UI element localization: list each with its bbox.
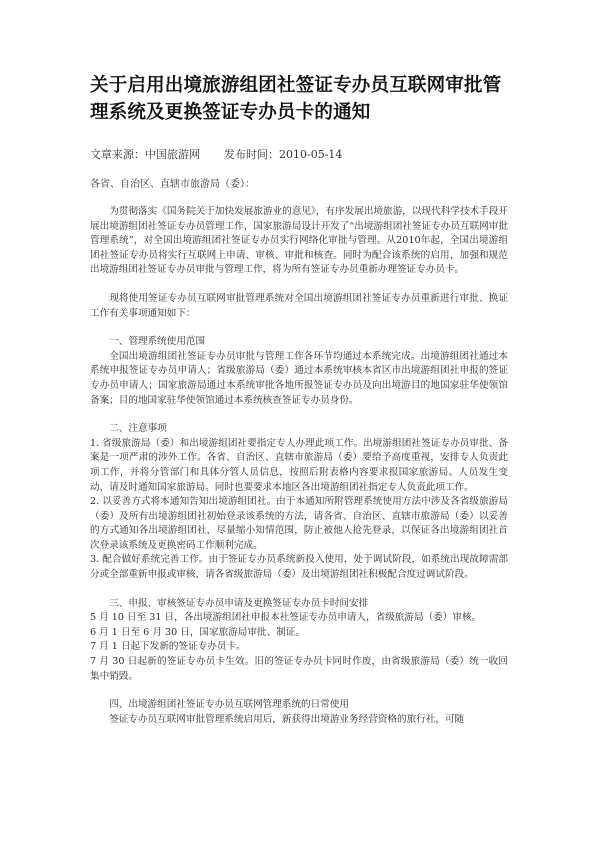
document-title: 关于启用出境旅游组团社签证专办员互联网审批管理系统及更换签证专办员卡的通知 (90, 72, 510, 126)
section-heading: 一、管理系统使用范围 (90, 335, 508, 350)
section-paragraph: 5 月 10 日至 31 日，各出境游组团社申报本社签证专办员申请人，省级旅游局… (90, 611, 508, 626)
date-label: 发布时间： (224, 148, 279, 161)
intro-paragraph: 为贯彻落实《国务院关于加快发展旅游业的意见》，有序发展出境旅游，以现代科学技术手… (90, 205, 508, 278)
date-value: 2010-05-14 (279, 148, 342, 161)
section-paragraph: 7 月 30 日起新的签证专办员卡生效。旧的签证专办员卡同时作废，由省级旅游局（… (90, 655, 508, 684)
section-paragraph: 签证专办员互联网审批管理系统启用后，新获得出境游业务经营资格的旅行社，可随 (90, 713, 508, 728)
source-value: 中国旅游网 (145, 148, 200, 161)
section-paragraph: 2. 以妥善方式将本通知告知出境游组团社。由于本通知所附管理系统使用方法中涉及各… (90, 495, 508, 553)
salutation: 各省、自治区、直辖市旅游局（委）： (90, 178, 510, 192)
document-body: 为贯彻落实《国务院关于加快发展旅游业的意见》，有序发展出境旅游，以现代科学技术手… (90, 205, 508, 727)
paragraph-gap (90, 408, 508, 422)
section-paragraph: 6 月 1 日至 6 月 30 日，国家旅游局审批、制证。 (90, 626, 508, 641)
document-page: 关于启用出境旅游组团社签证专办员互联网审批管理系统及更换签证专办员卡的通知 文章… (0, 0, 595, 842)
section-heading: 二、注意事项 (90, 422, 508, 437)
source-label: 文章来源： (90, 148, 145, 161)
paragraph-gap (90, 278, 508, 292)
paragraph-gap (90, 321, 508, 335)
section-heading: 四、出境游组团社签证专办员互联网管理系统的日常使用 (90, 698, 508, 713)
section-paragraph: 全国出境游组团社签证专办员审批与管理工作各环节均通过本系统完成。出境游组团社通过… (90, 350, 508, 408)
intro-paragraph: 现将使用签证专办员互联网审批管理系统对全国出境游组团社签证专办员重新进行审批、换… (90, 292, 508, 321)
article-meta: 文章来源：中国旅游网发布时间：2010-05-14 (90, 148, 510, 162)
section-paragraph: 7 月 1 日起下发新的签证专办员卡。 (90, 640, 508, 655)
paragraph-gap (90, 684, 508, 698)
section-paragraph: 1. 省级旅游局（委）和出境游组团社要指定专人办理此项工作。出境游组团社签证专办… (90, 437, 508, 495)
section-paragraph: 3. 配合做好系统完善工作。由于签证专办员系统新投入使用，处于调试阶段，如系统出… (90, 553, 508, 582)
paragraph-gap (90, 583, 508, 597)
section-heading: 三、申报、审核签证专办员申请及更换签证专办员卡时间安排 (90, 597, 508, 612)
